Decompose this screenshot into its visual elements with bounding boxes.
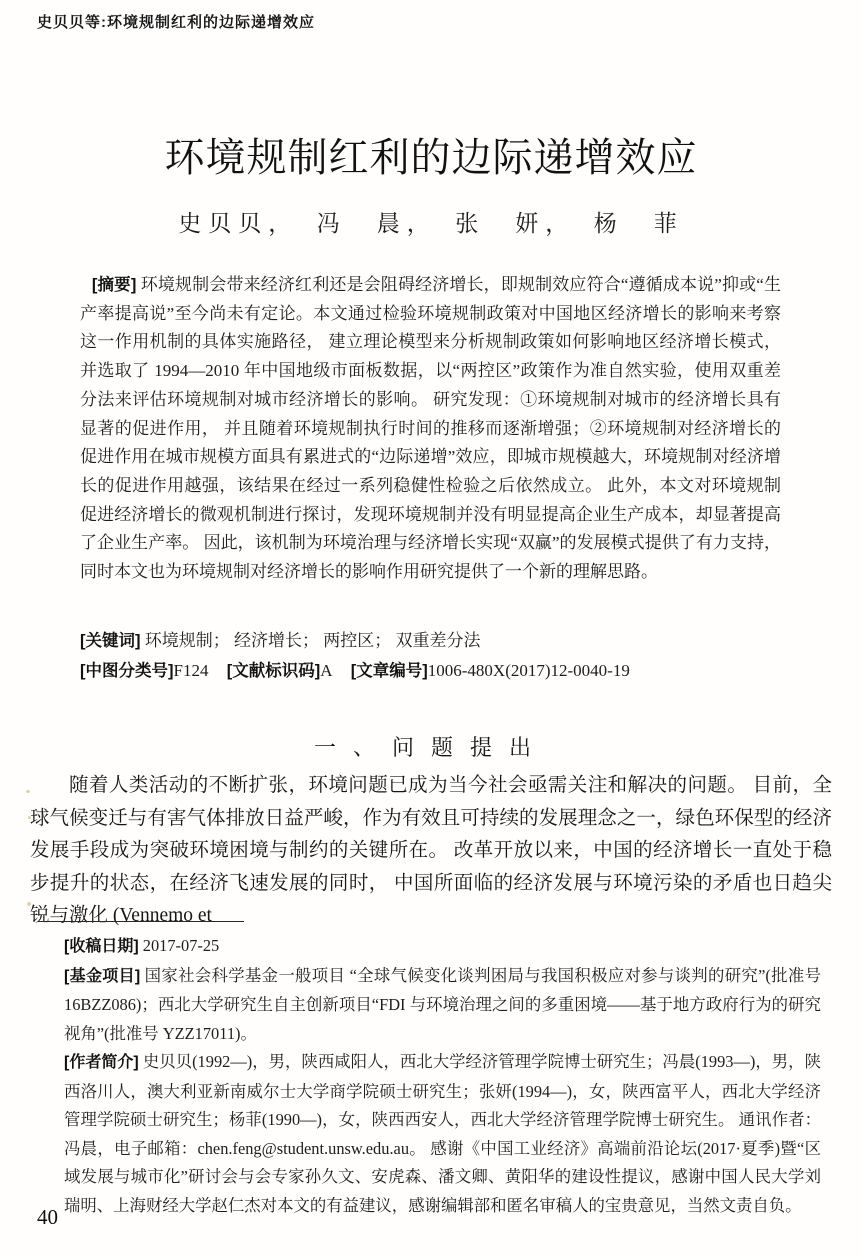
scan-speck (28, 816, 31, 819)
footnote-received-date: [收稿日期] 2017-07-25 (64, 932, 821, 962)
received-date-label: [收稿日期] (64, 938, 139, 955)
page-number: 40 (37, 1205, 58, 1230)
scanned-paper-page: 史贝贝等:环境规制红利的边际递增效应 环境规制红利的边际递增效应 史贝贝， 冯 … (0, 0, 862, 1256)
author-bio-text: 史贝贝(1992—)，男，陕西咸阳人，西北大学经济管理学院博士研究生；冯晨(19… (64, 1052, 821, 1215)
article-title: 环境规制红利的边际递增效应 (0, 126, 862, 183)
article-id-value: 1006-480X(2017)12-0040-19 (428, 661, 630, 680)
keywords-label: [关键词] (80, 632, 141, 650)
footnote-funding: [基金项目] 国家社会科学基金一般项目 “全球气候变化谈判困局与我国积极应对参与… (64, 962, 821, 1049)
funding-label: [基金项目] (64, 968, 140, 985)
section-heading: 一、问题提出 (0, 731, 862, 762)
doc-code-label: [文献标识码] (227, 662, 321, 680)
clc-value: F124 (174, 661, 209, 680)
classification-line: [中图分类号]F124 [文献标识码]A [文章编号]1006-480X(201… (80, 657, 840, 681)
body-paragraph: 随着人类活动的不断扩张，环境问题已成为当今社会亟需关注和解决的问题。 目前，全球… (30, 770, 832, 933)
article-id-group: [文章编号]1006-480X(2017)12-0040-19 (351, 661, 630, 680)
abstract-paragraph: [摘要] 环境规制会带来经济红利还是会阻碍经济增长，即规制效应符合“遵循成本说”… (80, 271, 781, 587)
author-bio-label: [作者简介] (64, 1054, 139, 1071)
footnote-divider (38, 921, 244, 922)
received-date-value: 2017-07-25 (139, 936, 220, 955)
abstract-text: 环境规制会带来经济红利还是会阻碍经济增长，即规制效应符合“遵循成本说”抑或“生产… (80, 275, 781, 581)
scan-speck (27, 902, 31, 906)
keywords-line: [关键词] 环境规制； 经济增长； 两控区； 双重差分法 (80, 626, 781, 651)
doc-code-value: A (320, 661, 332, 680)
clc-group: [中图分类号]F124 (80, 661, 208, 680)
running-header: 史贝贝等:环境规制红利的边际递增效应 (37, 11, 315, 32)
scan-speck (26, 790, 30, 793)
footnote-author-bio: [作者简介] 史贝贝(1992—)，男，陕西咸阳人，西北大学经济管理学院博士研究… (64, 1048, 821, 1220)
keywords-text: 环境规制； 经济增长； 两控区； 双重差分法 (141, 631, 481, 650)
footnotes-block: [收稿日期] 2017-07-25 [基金项目] 国家社会科学基金一般项目 “全… (64, 932, 821, 1220)
clc-label: [中图分类号] (80, 662, 174, 680)
doc-code-group: [文献标识码]A (227, 661, 333, 680)
funding-text: 国家社会科学基金一般项目 “全球气候变化谈判困局与我国积极应对参与谈判的研究”(… (64, 966, 821, 1043)
article-id-label: [文章编号] (351, 662, 428, 680)
author-line: 史贝贝， 冯 晨， 张 妍， 杨 菲 (0, 205, 862, 238)
abstract-label: [摘要] (92, 276, 136, 294)
